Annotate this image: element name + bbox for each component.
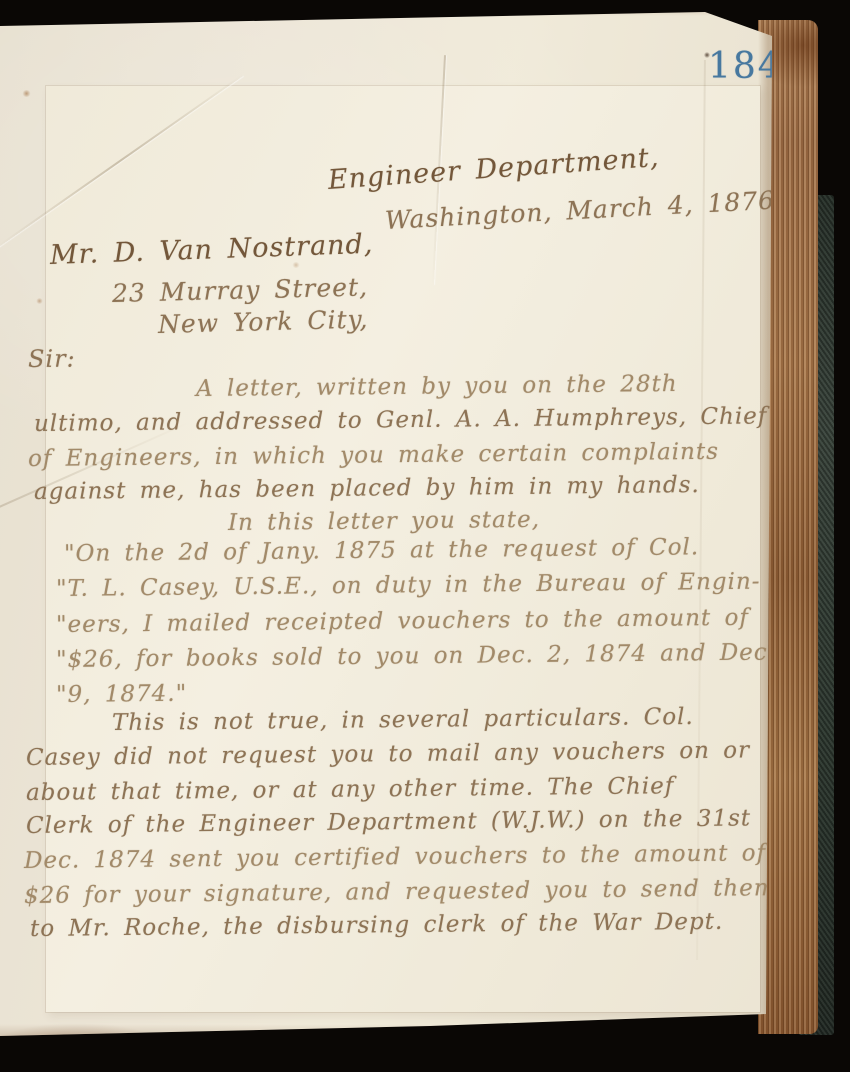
addressee-city: New York City, — [158, 304, 369, 338]
book-scan: 184 Engineer Department, Washington, Mar… — [0, 0, 850, 1072]
page-number: 184 — [708, 46, 783, 87]
quoted-line: "9, 1874." — [56, 681, 188, 708]
salutation: Sir: — [28, 345, 76, 373]
body-line: In this letter you state, — [228, 507, 540, 536]
foxing-spot — [22, 90, 31, 97]
foxing-spot — [36, 298, 43, 304]
ledger-page: 184 Engineer Department, Washington, Mar… — [0, 0, 772, 1044]
body-line: A letter, written by you on the 28th — [196, 371, 678, 402]
